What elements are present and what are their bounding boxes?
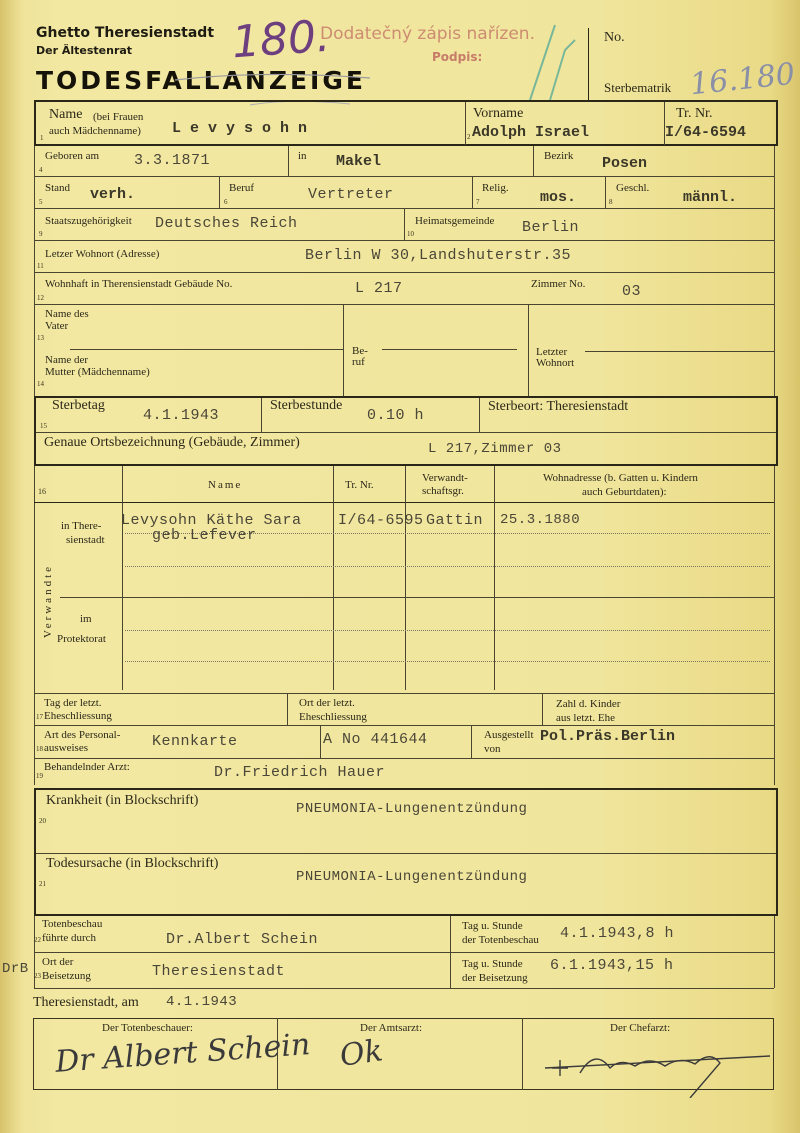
- zimmer-value: 03: [622, 283, 641, 300]
- sterbematrik-value: 16.180: [688, 57, 796, 103]
- sterbetag-value: 4.1.1943: [143, 407, 219, 424]
- verwandte-side-label: Verwandte: [42, 561, 54, 641]
- vorname-label: Vorname: [473, 106, 523, 122]
- ausweis-number: A No 441644: [323, 731, 428, 748]
- sterbematrik-label: Sterbematrik: [604, 82, 671, 94]
- green-pencil-mark: [520, 20, 590, 110]
- vorname-value: Adolph Israel: [472, 124, 589, 141]
- place-date-value: 4.1.1943: [166, 994, 237, 1010]
- geschl-value: männl.: [683, 189, 737, 206]
- beruf-value: Vertreter: [308, 186, 394, 203]
- heimat-value: Berlin: [522, 219, 579, 236]
- place-date-label: Theresienstadt, am: [33, 995, 139, 1011]
- wohnhaft-value: L 217: [355, 280, 403, 297]
- totenbeschau-time-value: 4.1.1943,8 h: [560, 925, 674, 942]
- header-trnr: Tr. Nr.: [345, 479, 374, 491]
- sterbeort-label: Sterbeort: Theresienstadt: [488, 399, 628, 415]
- name-value: L e v y s o h n: [172, 120, 307, 137]
- totenbeschau-value: Dr.Albert Schein: [166, 931, 318, 948]
- czech-stamp: Dodatečný zápis nařízen.: [320, 24, 535, 44]
- stand-value: verh.: [90, 186, 135, 203]
- staat-value: Deutsches Reich: [155, 215, 298, 232]
- ausgestellt-value: Pol.Präs.Berlin: [540, 728, 675, 745]
- signature-chefarzt: [540, 1038, 780, 1098]
- relative-maiden-name: geb.Lefever: [152, 527, 257, 544]
- krankheit-value: PNEUMONIA-Lungenentzündung: [296, 801, 527, 817]
- name-label: Name: [49, 107, 82, 123]
- beisetzung-time-value: 6.1.1943,15 h: [550, 957, 674, 974]
- sterbestunde-value: 0.10 h: [367, 407, 424, 424]
- signature-amtsarzt: Ok: [338, 1033, 385, 1074]
- document-page: Ghetto Theresienstadt Der Ältestenrat TO…: [0, 0, 800, 1133]
- arzt-value: Dr.Friedrich Hauer: [214, 764, 385, 781]
- geboren-value: 3.3.1871: [134, 152, 210, 169]
- beisetzung-value: Theresienstadt: [152, 963, 285, 980]
- podpis-stamp: Podpis:: [432, 50, 482, 64]
- todesursache-value: PNEUMONIA-Lungenentzündung: [296, 869, 527, 885]
- org-name: Ghetto Theresienstadt: [36, 25, 214, 41]
- relative-trnr: I/64-6595: [338, 512, 424, 529]
- org-council: Der Ältestenrat: [36, 44, 132, 57]
- relative-address: 25.3.1880: [500, 512, 580, 528]
- margin-note: DrB: [2, 961, 29, 977]
- header-divider: [588, 28, 589, 100]
- geboren-label: Geboren am: [45, 150, 99, 162]
- bezirk-value: Posen: [602, 155, 647, 172]
- relig-value: mos.: [540, 189, 576, 206]
- no-label: No.: [604, 30, 625, 46]
- header-name: Name: [208, 479, 242, 491]
- trnr-value: I/64-6594: [665, 124, 746, 141]
- wohnort-value: Berlin W 30,Landshuterstr.35: [305, 247, 571, 264]
- geboren-in-value: Makel: [336, 153, 381, 170]
- ortsbez-value: L 217,Zimmer 03: [428, 441, 562, 457]
- trnr-label: Tr. Nr.: [676, 106, 712, 122]
- relative-relation: Gattin: [426, 512, 483, 529]
- ausweis-value: Kennkarte: [152, 733, 238, 750]
